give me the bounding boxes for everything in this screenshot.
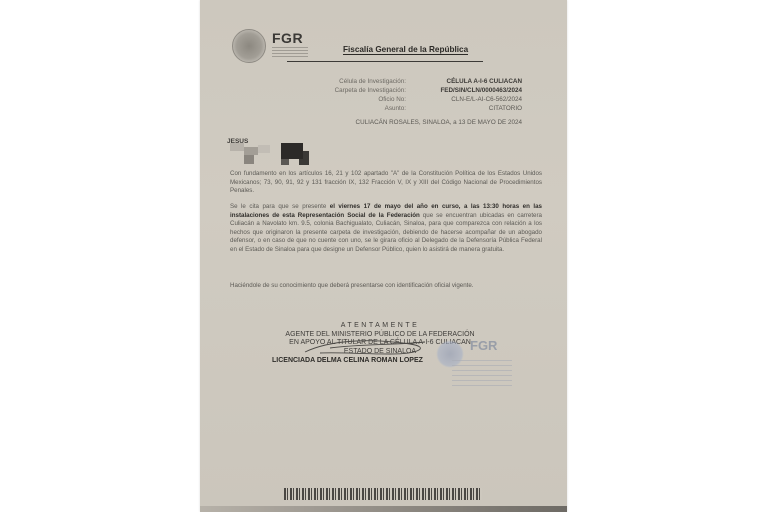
barcode	[284, 488, 482, 500]
case-metadata: Célula de Investigación: CÉLULA A-I-6 CU…	[300, 77, 522, 113]
document-page: FGR Fiscalía General de la República Cél…	[200, 0, 567, 512]
mexico-coat-of-arms-icon	[232, 29, 266, 63]
stamp-text: FGR	[470, 338, 497, 353]
place-and-date: CULIACÁN ROSALES, SINALOA, a 13 DE MAYO …	[320, 119, 522, 126]
metadata-value: CITATORIO	[414, 104, 522, 113]
institution-name: Fiscalía General de la República	[343, 45, 468, 55]
signer-name: LICENCIADA DELMA CELINA ROMAN LOPEZ	[272, 357, 423, 364]
metadata-row: Oficio No: CLN-E/L-AI-C6-562/2024	[300, 95, 522, 104]
metadata-row: Carpeta de Investigación: FED/SIN/CLN/00…	[300, 86, 522, 95]
redaction-pixelated	[281, 143, 311, 165]
summons-paragraph: Se le cita para que se presente el viern…	[230, 203, 542, 255]
metadata-label: Oficio No:	[300, 95, 414, 104]
redaction-pixelated	[230, 143, 272, 165]
official-stamp: FGR	[422, 330, 517, 390]
metadata-label: Carpeta de Investigación:	[300, 86, 414, 95]
metadata-row: Asunto: CITATORIO	[300, 104, 522, 113]
identification-paragraph: Haciéndole de su conocimiento que deberá…	[230, 282, 542, 291]
fgr-logo-subtext	[272, 47, 308, 57]
legal-basis-paragraph: Con fundamento en los artículos 16, 21 y…	[230, 170, 542, 196]
fgr-logo-text: FGR	[272, 30, 303, 46]
metadata-label: Asunto:	[300, 104, 414, 113]
metadata-value: FED/SIN/CLN/0000463/2024	[414, 86, 522, 95]
stamp-fine-print	[452, 360, 512, 388]
summons-lead: Se le cita para que se presente	[230, 203, 330, 210]
header-divider	[287, 61, 483, 62]
metadata-value: CÉLULA A-I-6 CULIACAN	[414, 77, 522, 86]
metadata-row: Célula de Investigación: CÉLULA A-I-6 CU…	[300, 77, 522, 86]
metadata-value: CLN-E/L-AI-C6-562/2024	[414, 95, 522, 104]
metadata-label: Célula de Investigación:	[300, 77, 414, 86]
